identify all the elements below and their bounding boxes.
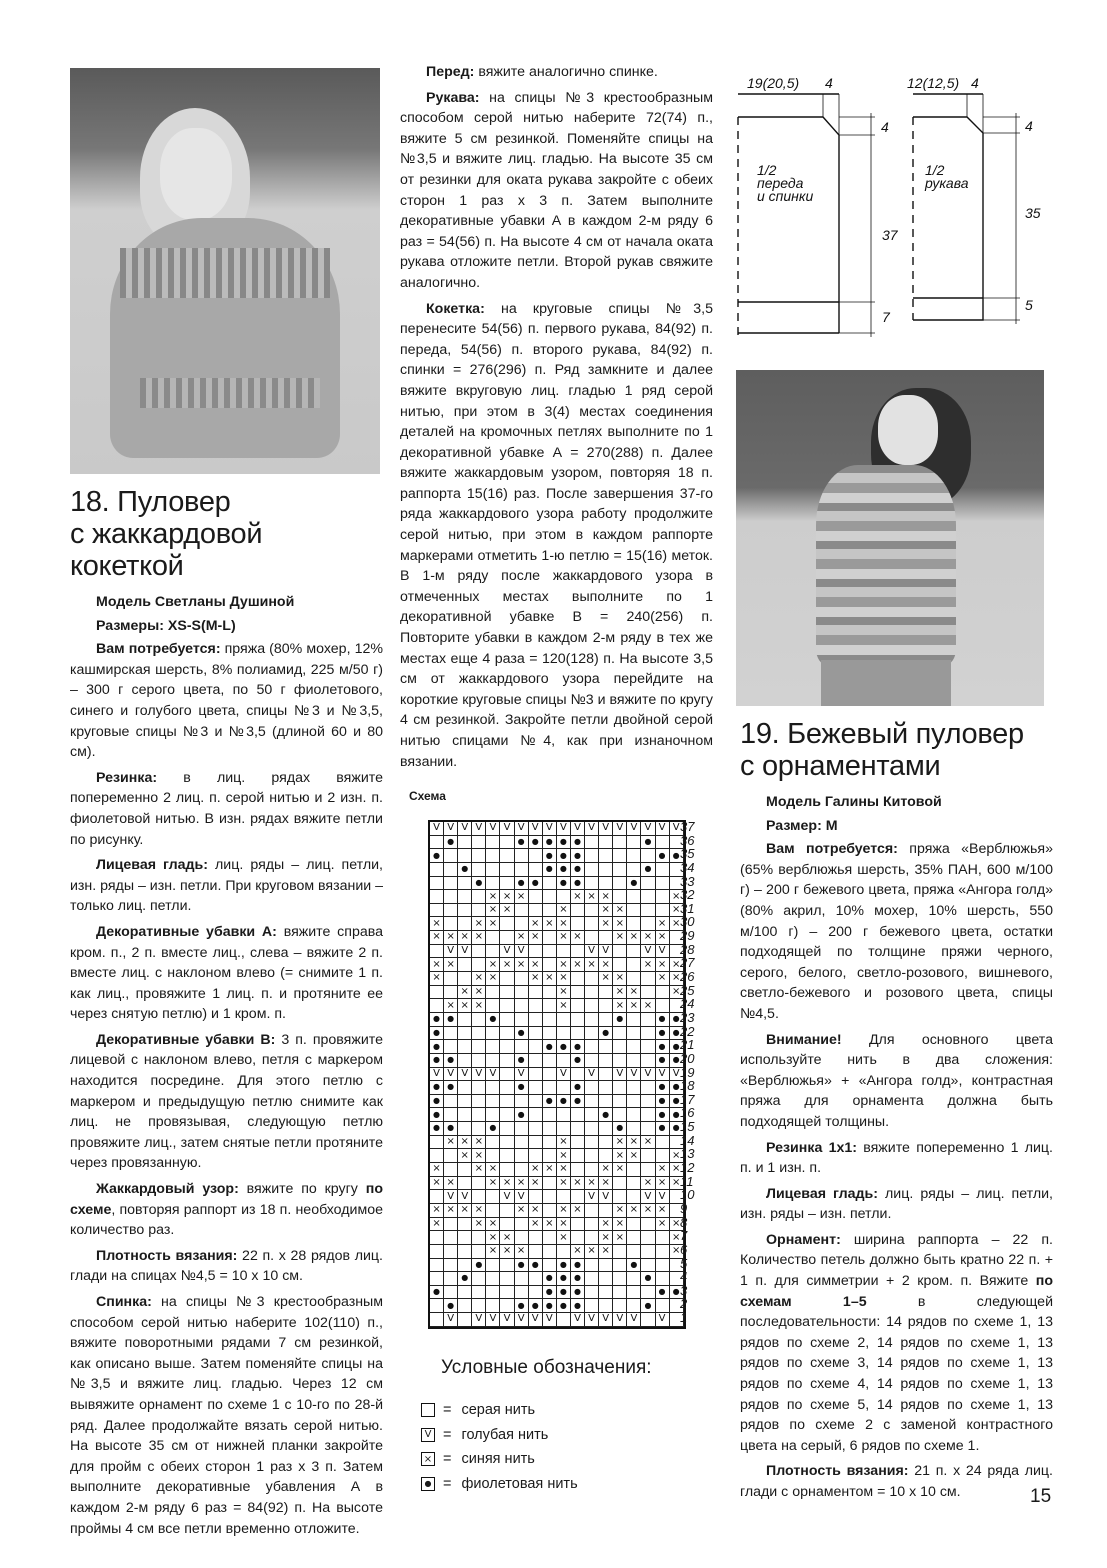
- chart-cell: ●: [557, 1095, 571, 1109]
- chart-cell: [627, 1108, 641, 1122]
- chart-cell: ×: [571, 1245, 585, 1259]
- chart-cell: ●: [571, 1054, 585, 1068]
- chart-cell: [472, 1122, 486, 1136]
- svg-text:и спинки: и спинки: [757, 188, 813, 204]
- chart-cell: ×: [557, 1177, 571, 1191]
- chart-cell: V: [486, 822, 500, 836]
- chart-cell: ×: [599, 1218, 613, 1232]
- chart-cell: ●: [557, 1272, 571, 1286]
- chart-cell: [458, 1313, 472, 1327]
- chart-cell: ●: [515, 1081, 529, 1095]
- chart-cell: V: [515, 1068, 529, 1082]
- chart-cell: ●: [557, 863, 571, 877]
- chart-cell: [585, 999, 599, 1013]
- chart-cell: [613, 1177, 627, 1191]
- chart-cell: [458, 877, 472, 891]
- schematic-drawing: 19(20,5) 4 4 37 7 1/2 переда и спинки 12…: [735, 70, 1055, 350]
- chart-cell: [571, 986, 585, 1000]
- chart-cell: V: [599, 1313, 613, 1327]
- chart-cell: ×: [500, 958, 514, 972]
- chart-cell: [500, 1013, 514, 1027]
- chart-cell: [486, 1204, 500, 1218]
- chart-cell: [486, 1286, 500, 1300]
- chart-cell: ●: [458, 1272, 472, 1286]
- chart-row-number: 20: [680, 1052, 694, 1066]
- chart-cell: [486, 1272, 500, 1286]
- chart-cell: ●: [571, 1040, 585, 1054]
- chart-cell: ●: [543, 863, 557, 877]
- chart-cell: [571, 945, 585, 959]
- chart-cell: [627, 1027, 641, 1041]
- chart-cell: [529, 1027, 543, 1041]
- rib-19-paragraph: Резинка 1х1: вяжите попеременно 1 лиц. п…: [740, 1138, 1053, 1179]
- chart-cell: V: [585, 945, 599, 959]
- chart-cell: [430, 945, 444, 959]
- chart-cell: V: [458, 945, 472, 959]
- chart-cell: ×: [599, 1177, 613, 1191]
- chart-cell: [543, 986, 557, 1000]
- article-18-title: 18. Пуловер с жаккардовой кокеткой: [70, 486, 383, 582]
- chart-cell: ●: [486, 1122, 500, 1136]
- chart-cell: [585, 1122, 599, 1136]
- chart-cell: [515, 1286, 529, 1300]
- chart-cell: V: [585, 1190, 599, 1204]
- chart-cell: [444, 1286, 458, 1300]
- chart-cell: ●: [543, 836, 557, 850]
- chart-cell: [529, 904, 543, 918]
- chart-cell: [472, 1108, 486, 1122]
- chart-cell: V: [529, 822, 543, 836]
- chart-cell: [641, 1245, 655, 1259]
- chart-cell: ●: [641, 836, 655, 850]
- chart-cell: [627, 1218, 641, 1232]
- x-square-icon: ×: [421, 1452, 435, 1466]
- chart-cell: ●: [571, 1081, 585, 1095]
- chart-cell: ●: [543, 1095, 557, 1109]
- chart-row-number: 34: [680, 861, 694, 875]
- chart-cell: [656, 1299, 670, 1313]
- chart-cell: [500, 863, 514, 877]
- chart-cell: [430, 1149, 444, 1163]
- chart-cell: [613, 945, 627, 959]
- chart-cell: [585, 1231, 599, 1245]
- chart-cell: [486, 1027, 500, 1041]
- front-paragraph: Перед: вяжите аналогично спинке.: [400, 62, 713, 83]
- chart-cell: ×: [486, 1231, 500, 1245]
- chart-cell: ×: [571, 958, 585, 972]
- chart-cell: [458, 836, 472, 850]
- chart-cell: [515, 972, 529, 986]
- chart-cell: ×: [627, 1204, 641, 1218]
- chart-cell: V: [585, 822, 599, 836]
- chart-cell: ×: [529, 1218, 543, 1232]
- chart-cell: [458, 890, 472, 904]
- chart-cell: [656, 1245, 670, 1259]
- chart-cell: ×: [472, 1149, 486, 1163]
- chart-cell: [500, 849, 514, 863]
- chart-row-number: 16: [680, 1106, 694, 1120]
- chart-cell: [543, 877, 557, 891]
- chart-cell: V: [458, 1068, 472, 1082]
- chart-row-number: 37: [680, 820, 694, 834]
- chart-cell: ×: [529, 958, 543, 972]
- chart-cell: ×: [613, 931, 627, 945]
- chart-cell: [627, 1231, 641, 1245]
- chart-cell: [529, 1122, 543, 1136]
- chart-cell: [599, 1054, 613, 1068]
- chart-cell: ×: [430, 917, 444, 931]
- chart-cell: V: [641, 945, 655, 959]
- chart-cell: ●: [656, 1040, 670, 1054]
- chart-cell: ●: [430, 1013, 444, 1027]
- chart-cell: ×: [599, 1231, 613, 1245]
- chart-cell: [529, 1068, 543, 1082]
- chart-cell: ×: [444, 999, 458, 1013]
- chart-cell: [444, 1272, 458, 1286]
- chart-cell: ●: [557, 836, 571, 850]
- chart-cell: [585, 1013, 599, 1027]
- chart-cell: ●: [444, 1013, 458, 1027]
- chart-cell: ●: [444, 1054, 458, 1068]
- chart-row-number: 14: [680, 1134, 694, 1148]
- chart-cell: [641, 1081, 655, 1095]
- chart-cell: [571, 1122, 585, 1136]
- chart-cell: [529, 1286, 543, 1300]
- chart-cell: ×: [599, 1163, 613, 1177]
- chart-cell: [444, 1149, 458, 1163]
- chart-cell: [627, 1272, 641, 1286]
- chart-cell: ×: [458, 931, 472, 945]
- chart-cell: [585, 917, 599, 931]
- chart-cell: ×: [557, 1136, 571, 1150]
- chart-cell: ×: [458, 1136, 472, 1150]
- chart-cell: [627, 1177, 641, 1191]
- empty-square-icon: [421, 1403, 435, 1417]
- chart-cell: [585, 1272, 599, 1286]
- chart-cell: ×: [585, 1177, 599, 1191]
- chart-cell: [486, 1136, 500, 1150]
- chart-cell: [430, 890, 444, 904]
- chart-cell: ●: [656, 1286, 670, 1300]
- chart-cell: [458, 917, 472, 931]
- chart-cell: V: [641, 822, 655, 836]
- chart-cell: ×: [444, 931, 458, 945]
- chart-cell: [599, 1122, 613, 1136]
- chart-cell: [458, 1177, 472, 1191]
- chart-cell: ×: [430, 972, 444, 986]
- chart-cell: [599, 1040, 613, 1054]
- chart-cell: ×: [486, 1218, 500, 1232]
- chart-cell: [641, 849, 655, 863]
- chart-cell: [571, 917, 585, 931]
- chart-cell: [500, 917, 514, 931]
- chart-cell: [656, 1231, 670, 1245]
- chart-cell: ×: [585, 1245, 599, 1259]
- chart-cell: [500, 986, 514, 1000]
- chart-cell: ×: [430, 958, 444, 972]
- chart-cell: [641, 972, 655, 986]
- chart-cell: ×: [543, 972, 557, 986]
- chart-cell: ●: [430, 1081, 444, 1095]
- chart-row-number: 7: [680, 1229, 694, 1243]
- chart-cell: ×: [500, 1177, 514, 1191]
- chart-cell: [444, 849, 458, 863]
- chart-cell: [571, 1218, 585, 1232]
- chart-row-number: 26: [680, 970, 694, 984]
- chart-cell: ●: [641, 863, 655, 877]
- chart-cell: [641, 1027, 655, 1041]
- chart-cell: [458, 1108, 472, 1122]
- stockinette-paragraph: Лицевая гладь: лиц. ряды – лиц. петли, и…: [70, 855, 383, 917]
- jacquard-paragraph: Жаккардовый узор: вяжите по кругу по схе…: [70, 1179, 383, 1241]
- chart-row-number: 6: [680, 1243, 694, 1257]
- chart-cell: ●: [430, 1286, 444, 1300]
- svg-text:5: 5: [1025, 297, 1033, 313]
- chart-cell: [444, 1245, 458, 1259]
- chart-cell: [641, 1163, 655, 1177]
- chart-cell: ×: [557, 904, 571, 918]
- chart-cell: ●: [515, 1259, 529, 1273]
- chart-cell: ●: [430, 1027, 444, 1041]
- chart-cell: ●: [543, 1272, 557, 1286]
- chart-cell: [543, 1136, 557, 1150]
- chart-cell: [472, 1231, 486, 1245]
- chart-cell: [472, 1177, 486, 1191]
- chart-cell: ●: [557, 849, 571, 863]
- chart-cell: [641, 1259, 655, 1273]
- chart-cell: ×: [613, 986, 627, 1000]
- chart-cell: V: [543, 822, 557, 836]
- chart-cell: V: [656, 945, 670, 959]
- chart-cell: [656, 890, 670, 904]
- chart-row-number: 8: [680, 1216, 694, 1230]
- chart-cell: [599, 1136, 613, 1150]
- chart-cell: [500, 1095, 514, 1109]
- chart-cell: [627, 1054, 641, 1068]
- chart-cell: [557, 1054, 571, 1068]
- chart-cell: [515, 1149, 529, 1163]
- chart-cell: [444, 877, 458, 891]
- chart-cell: ×: [529, 931, 543, 945]
- chart-row-number: 15: [680, 1120, 694, 1134]
- chart-cell: ×: [430, 1218, 444, 1232]
- chart-cell: ×: [472, 1163, 486, 1177]
- article-18-sizes: Размеры: XS-S(M-L): [70, 616, 383, 637]
- chart-cell: ×: [656, 1177, 670, 1191]
- chart-cell: ×: [458, 999, 472, 1013]
- chart-cell: [599, 986, 613, 1000]
- chart-cell: [472, 1040, 486, 1054]
- chart-cell: [458, 1163, 472, 1177]
- chart-cell: V: [444, 1068, 458, 1082]
- chart-cell: ×: [613, 999, 627, 1013]
- chart-cell: [486, 945, 500, 959]
- chart-cell: [627, 958, 641, 972]
- chart-cell: V: [458, 1190, 472, 1204]
- chart-cell: ×: [472, 1204, 486, 1218]
- chart-cell: [627, 1245, 641, 1259]
- chart-cell: ×: [557, 986, 571, 1000]
- decrease-a-paragraph: Декоративные убавки А: вяжите справа кро…: [70, 922, 383, 1025]
- chart-cell: ×: [557, 1149, 571, 1163]
- chart-cell: [613, 877, 627, 891]
- yoke-paragraph: Кокетка: на круговые спицы №3,5 перенеси…: [400, 299, 713, 773]
- chart-cell: [515, 917, 529, 931]
- chart-cell: [444, 1108, 458, 1122]
- chart-cell: [529, 849, 543, 863]
- chart-cell: ●: [641, 1299, 655, 1313]
- chart-cell: V: [641, 1068, 655, 1082]
- chart-cell: [599, 849, 613, 863]
- chart-cell: V: [585, 1313, 599, 1327]
- chart-cell: [571, 1231, 585, 1245]
- chart-cell: ●: [543, 849, 557, 863]
- chart-cell: [571, 1013, 585, 1027]
- chart-cell: [599, 877, 613, 891]
- chart-cell: ×: [430, 1177, 444, 1191]
- chart-cell: [627, 836, 641, 850]
- chart-cell: [641, 1122, 655, 1136]
- chart-cell: [585, 1095, 599, 1109]
- chart-cell: [627, 917, 641, 931]
- chart-cell: V: [472, 1313, 486, 1327]
- chart-cell: [557, 945, 571, 959]
- chart-cell: [585, 1108, 599, 1122]
- jacquard-chart-grid: VVVVVVVVVVVVVVVVVV●●●●●●●●●●●●●●●●●●●●●●…: [428, 820, 686, 1329]
- chart-cell: ●: [656, 1081, 670, 1095]
- chart-cell: [458, 1054, 472, 1068]
- chart-cell: V: [444, 1313, 458, 1327]
- chart-cell: V: [515, 822, 529, 836]
- chart-cell: ×: [543, 1163, 557, 1177]
- chart-cell: [515, 999, 529, 1013]
- chart-cell: ●: [515, 1299, 529, 1313]
- chart-cell: ×: [486, 958, 500, 972]
- chart-cell: ●: [444, 1081, 458, 1095]
- chart-cell: ●: [543, 1299, 557, 1313]
- chart-cell: ●: [571, 1095, 585, 1109]
- chart-cell: ●: [543, 1286, 557, 1300]
- article-19-size: Размер: M: [740, 816, 1053, 837]
- chart-cell: [515, 1095, 529, 1109]
- chart-cell: ●: [656, 1108, 670, 1122]
- chart-cell: V: [557, 1068, 571, 1082]
- chart-cell: [515, 1013, 529, 1027]
- chart-cell: [543, 1204, 557, 1218]
- chart-cell: ●: [599, 1108, 613, 1122]
- chart-cell: ×: [585, 890, 599, 904]
- chart-cell: ●: [430, 849, 444, 863]
- chart-cell: [641, 1040, 655, 1054]
- chart-cell: V: [486, 1068, 500, 1082]
- chart-cell: ×: [529, 1177, 543, 1191]
- back-paragraph: Спинка: на спицы №3 крестообразным спосо…: [70, 1292, 383, 1539]
- chart-cell: ×: [571, 1177, 585, 1191]
- chart-cell: ×: [627, 931, 641, 945]
- chart-cell: [656, 986, 670, 1000]
- chart-cell: [430, 1190, 444, 1204]
- chart-cell: [641, 917, 655, 931]
- chart-cell: ×: [486, 917, 500, 931]
- chart-cell: [458, 1245, 472, 1259]
- chart-cell: [444, 972, 458, 986]
- chart-cell: [571, 1068, 585, 1082]
- chart-cell: [557, 1013, 571, 1027]
- chart-cell: ×: [557, 931, 571, 945]
- chart-cell: [500, 972, 514, 986]
- chart-cell: [571, 1027, 585, 1041]
- chart-cell: ×: [515, 890, 529, 904]
- chart-row-number: 9: [680, 1202, 694, 1216]
- chart-cell: ×: [500, 904, 514, 918]
- chart-cell: [472, 863, 486, 877]
- chart-cell: ●: [557, 1040, 571, 1054]
- chart-cell: [656, 1149, 670, 1163]
- chart-cell: ●: [444, 836, 458, 850]
- chart-cell: [430, 999, 444, 1013]
- chart-cell: [430, 1259, 444, 1273]
- chart-cell: [500, 1040, 514, 1054]
- chart-cell: [458, 1218, 472, 1232]
- chart-cell: V: [529, 1313, 543, 1327]
- chart-cell: [627, 890, 641, 904]
- chart-cell: ×: [599, 972, 613, 986]
- chart-cell: ×: [515, 931, 529, 945]
- chart-cell: V: [641, 1190, 655, 1204]
- chart-cell: V: [486, 1313, 500, 1327]
- materials-19-paragraph: Вам потребуется: пряжа «Верблюжья» (65% …: [740, 839, 1053, 1024]
- chart-cell: ×: [599, 1245, 613, 1259]
- chart-cell: ×: [656, 958, 670, 972]
- photo-model-19: [736, 370, 1044, 706]
- chart-cell: [613, 1259, 627, 1273]
- chart-cell: [627, 1081, 641, 1095]
- chart-cell: [641, 1013, 655, 1027]
- chart-cell: ●: [571, 1286, 585, 1300]
- photo-model-18: [70, 68, 380, 474]
- chart-cell: [585, 904, 599, 918]
- chart-cell: [585, 1286, 599, 1300]
- chart-cell: [627, 1013, 641, 1027]
- chart-cell: ×: [641, 1136, 655, 1150]
- chart-cell: [458, 972, 472, 986]
- legend-item-light-blue: V=голубая нить: [421, 1423, 578, 1448]
- chart-cell: [571, 904, 585, 918]
- chart-cell: [599, 836, 613, 850]
- chart-cell: [656, 904, 670, 918]
- sleeves-paragraph: Рукава: на спицы №3 крестообразным спосо…: [400, 88, 713, 294]
- chart-cell: [641, 1149, 655, 1163]
- chart-cell: [599, 999, 613, 1013]
- chart-cell: [585, 1027, 599, 1041]
- chart-cell: [599, 931, 613, 945]
- chart-row-number: 27: [680, 956, 694, 970]
- chart-cell: [444, 863, 458, 877]
- chart-cell: ×: [571, 890, 585, 904]
- chart-cell: [627, 1286, 641, 1300]
- chart-row-number: 11: [680, 1175, 694, 1189]
- chart-cell: [627, 972, 641, 986]
- chart-cell: [430, 1299, 444, 1313]
- chart-cell: [543, 1259, 557, 1273]
- chart-cell: ×: [472, 972, 486, 986]
- chart-cell: V: [599, 822, 613, 836]
- chart-row-number: 1: [680, 1311, 694, 1325]
- chart-cell: V: [599, 1190, 613, 1204]
- chart-cell: [613, 1081, 627, 1095]
- chart-cell: [557, 1190, 571, 1204]
- chart-cell: ×: [515, 1245, 529, 1259]
